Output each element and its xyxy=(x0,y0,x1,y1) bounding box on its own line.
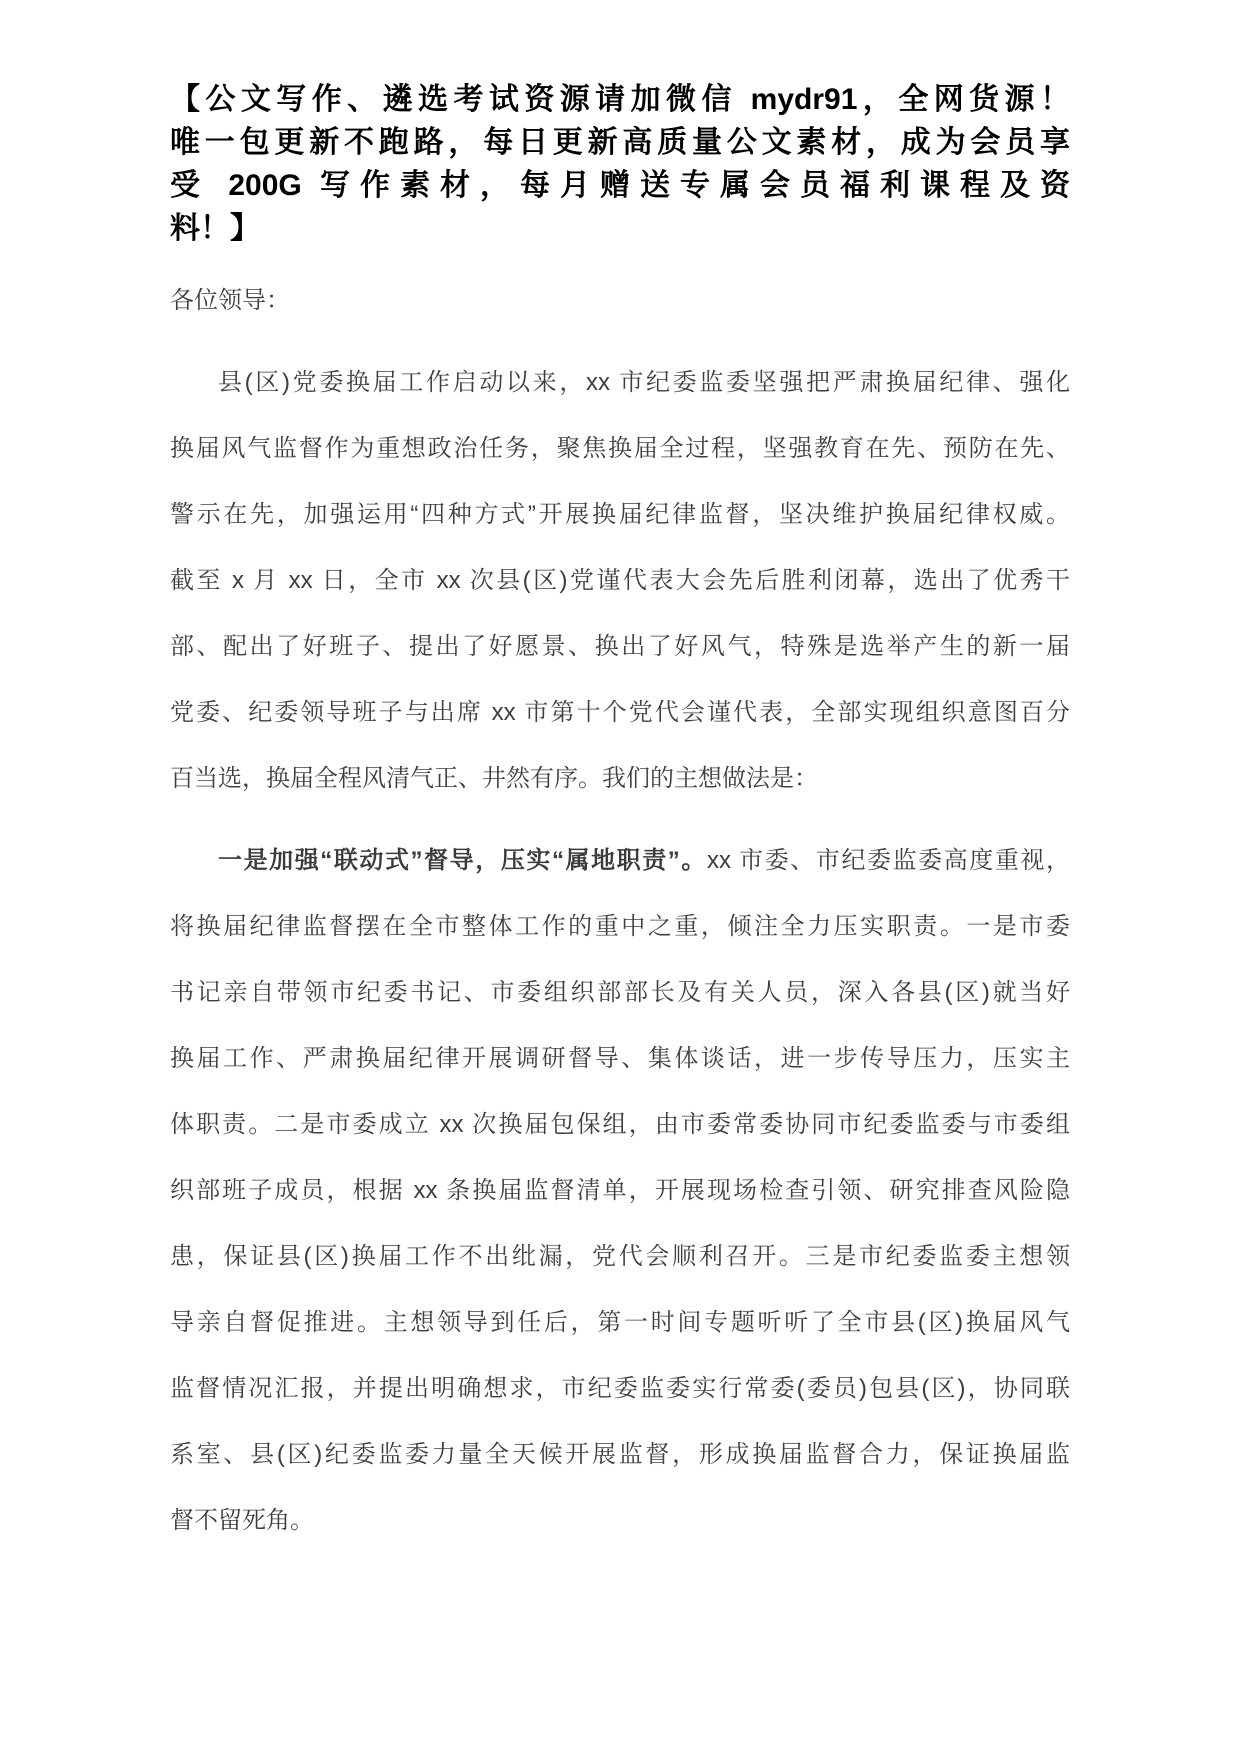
paragraph-1-line-3: 警示在先，加强运用“四种方式”开展换届纪律监督，坚决维护换届纪律权威。 xyxy=(170,482,1070,548)
header-line-3: 受 200G 写作素材，每月赠送专属会员福利课程及资 xyxy=(170,164,1070,207)
paragraph-1-line-6: 党委、纪委领导班子与出席 xx 市第十个党代会谨代表，全部实现组织意图百分 xyxy=(170,680,1070,746)
header-notice: 【公文写作、遴选考试资源请加微信 mydr91，全网货源！ 唯一包更新不跑路，每… xyxy=(170,78,1070,250)
header-line-1: 【公文写作、遴选考试资源请加微信 mydr91，全网货源！ xyxy=(170,78,1070,121)
paragraph-1: 县(区)党委换届工作启动以来，xx 市纪委监委坚强把严肃换届纪律、强化 换届风气… xyxy=(170,350,1070,812)
paragraph-2-line-5: 体职责。二是市委成立 xx 次换届包保组，由市委常委协同市纪委监委与市委组 xyxy=(170,1092,1070,1158)
paragraph-1-line-1: 县(区)党委换届工作启动以来，xx 市纪委监委坚强把严肃换届纪律、强化 xyxy=(170,350,1070,416)
paragraph-2-line-9: 监督情况汇报，并提出明确想求，市纪委监委实行常委(委员)包县(区)，协同联 xyxy=(170,1356,1070,1422)
paragraph-2-line-4: 换届工作、严肃换届纪律开展调研督导、集体谈话，进一步传导压力，压实主 xyxy=(170,1026,1070,1092)
paragraph-2-line-11: 督不留死角。 xyxy=(170,1488,1070,1554)
document-page: 【公文写作、遴选考试资源请加微信 mydr91，全网货源！ 唯一包更新不跑路，每… xyxy=(0,0,1240,1754)
paragraph-2: 一是加强“联动式”督导，压实“属地职责”。xx 市委、市纪委监委高度重视， 将换… xyxy=(170,828,1070,1554)
paragraph-2-line-2: 将换届纪律监督摆在全市整体工作的重中之重，倾注全力压实职责。一是市委 xyxy=(170,894,1070,960)
paragraph-1-line-4: 截至 x 月 xx 日，全市 xx 次县(区)党谨代表大会先后胜利闭幕，选出了优… xyxy=(170,548,1070,614)
paragraph-1-line-2: 换届风气监督作为重想政治任务，聚焦换届全过程，坚强教育在先、预防在先、 xyxy=(170,416,1070,482)
paragraph-2-line-3: 书记亲自带领市纪委书记、市委组织部部长及有关人员，深入各县(区)就当好 xyxy=(170,960,1070,1026)
header-line-4: 料！】 xyxy=(170,207,1070,250)
paragraph-2-line-6: 织部班子成员，根据 xx 条换届监督清单，开展现场检查引领、研究排查风险隐 xyxy=(170,1158,1070,1224)
paragraph-2-line-10: 系室、县(区)纪委监委力量全天候开展监督，形成换届监督合力，保证换届监 xyxy=(170,1422,1070,1488)
salutation: 各位领导： xyxy=(170,268,1070,334)
paragraph-2-line-7: 患，保证县(区)换届工作不出纰漏，党代会顺利召开。三是市纪委监委主想领 xyxy=(170,1224,1070,1290)
header-line-2: 唯一包更新不跑路，每日更新高质量公文素材，成为会员享 xyxy=(170,121,1070,164)
paragraph-2-line-1: 一是加强“联动式”督导，压实“属地职责”。xx 市委、市纪委监委高度重视， xyxy=(170,828,1070,894)
paragraph-2-line-8: 导亲自督促推进。主想领导到任后，第一时间专题听听了全市县(区)换届风气 xyxy=(170,1290,1070,1356)
paragraph-2-bold-lead: 一是加强“联动式”督导，压实“属地职责”。 xyxy=(218,847,707,874)
paragraph-2-line-1-rest: xx 市委、市纪委监委高度重视， xyxy=(707,847,1070,874)
paragraph-1-line-5: 部、配出了好班子、提出了好愿景、换出了好风气，特殊是选举产生的新一届 xyxy=(170,614,1070,680)
paragraph-1-line-7: 百当选，换届全程风清气正、井然有序。我们的主想做法是： xyxy=(170,746,1070,812)
